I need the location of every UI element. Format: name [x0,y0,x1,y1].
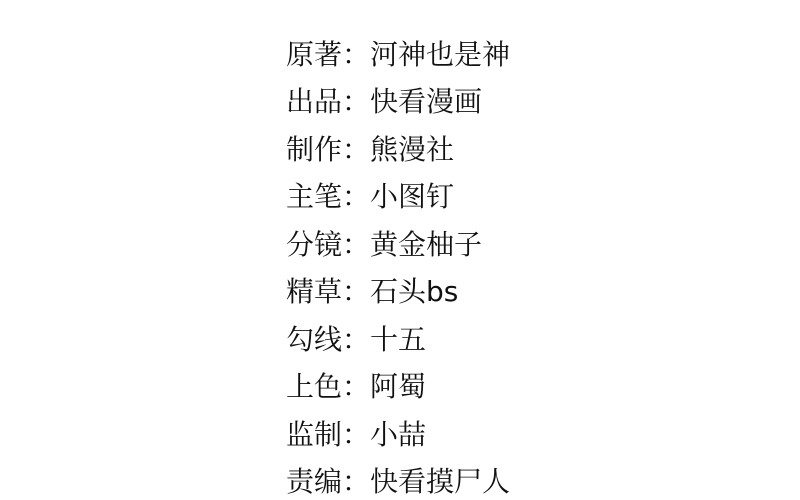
credit-row-storyboard: 分镜：黄金柚子 [286,221,510,269]
credit-role: 主笔 [286,178,342,216]
credit-role: 分镜 [286,226,342,264]
credit-role: 原著 [286,36,342,74]
credit-name: 十五 [370,321,426,359]
credit-row-supervisor: 监制：小喆 [286,411,510,459]
credit-role: 监制 [286,416,342,454]
credit-separator: ： [342,368,370,406]
credit-row-publisher: 出品：快看漫画 [286,79,510,127]
credit-separator: ： [342,83,370,121]
credit-separator: ： [342,463,370,500]
credit-role: 上色 [286,368,342,406]
credit-separator: ： [342,273,370,311]
credit-separator: ： [342,178,370,216]
credit-name: 阿蜀 [370,368,426,406]
credit-name: 熊漫社 [370,131,454,169]
credit-name: 黄金柚子 [370,226,482,264]
credit-row-original-author: 原著：河神也是神 [286,31,510,79]
credit-separator: ： [342,321,370,359]
credit-role: 勾线 [286,321,342,359]
credit-name: 快看摸尸人 [370,463,510,500]
credits-list: 原著：河神也是神 出品：快看漫画 制作：熊漫社 主笔：小图钉 分镜：黄金柚子 精… [286,31,510,500]
credit-role: 精草 [286,273,342,311]
credit-separator: ： [342,131,370,169]
credit-name: 河神也是神 [370,36,510,74]
credit-row-production: 制作：熊漫社 [286,126,510,174]
credit-separator: ： [342,416,370,454]
credit-name: 石头bs [370,273,458,311]
credit-row-lead-artist: 主笔：小图钉 [286,174,510,222]
credit-separator: ： [342,226,370,264]
credit-row-lineart: 勾线：十五 [286,316,510,364]
credit-role: 出品 [286,83,342,121]
credit-separator: ： [342,36,370,74]
credit-row-coloring: 上色：阿蜀 [286,364,510,412]
credit-name: 小喆 [370,416,426,454]
credit-name: 小图钉 [370,178,454,216]
credit-row-editor: 责编：快看摸尸人 [286,459,510,500]
credit-row-sketch: 精草：石头bs [286,269,510,317]
credit-name: 快看漫画 [370,83,482,121]
credit-role: 制作 [286,131,342,169]
credit-role: 责编 [286,463,342,500]
credits-page: 原著：河神也是神 出品：快看漫画 制作：熊漫社 主笔：小图钉 分镜：黄金柚子 精… [0,0,800,500]
